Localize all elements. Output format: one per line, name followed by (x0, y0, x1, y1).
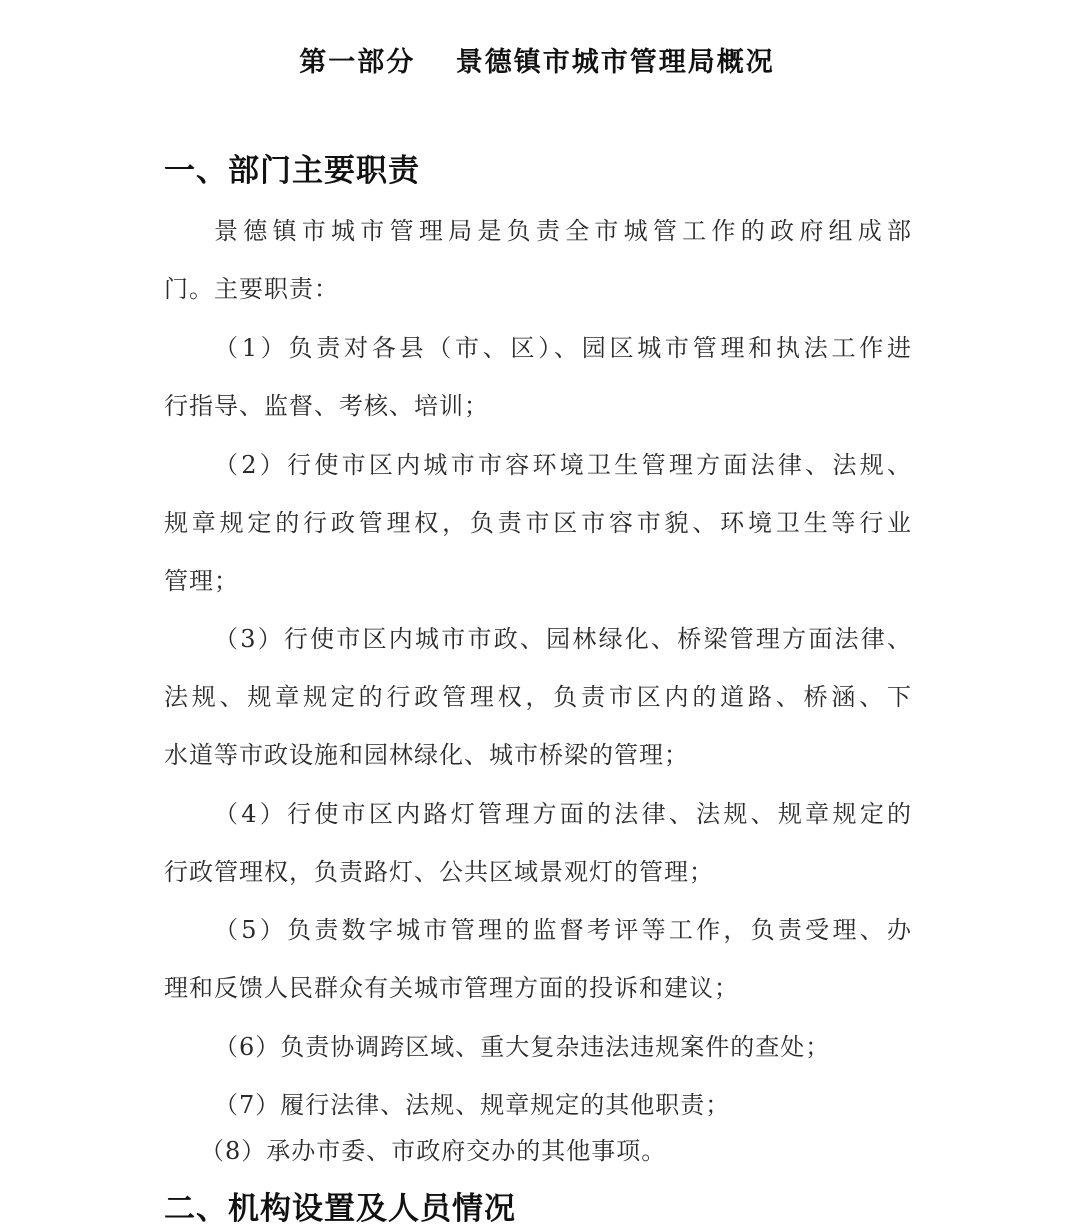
duty-item-2-line: 管理； (164, 561, 912, 596)
duty-item-7-line: （7）履行法律、法规、规章规定的其他职责； (214, 1085, 912, 1120)
duty-item-1-line: 行指导、监督、考核、培训； (164, 386, 912, 421)
section-heading-organization: 二、机构设置及人员情况 (164, 1183, 516, 1227)
duty-item-1-line: （1）负责对各县（市、区）、园区城市管理和执法工作进 (214, 328, 912, 363)
intro-paragraph-line: 景德镇市城市管理局是负责全市城管工作的政府组成部 (214, 211, 912, 246)
document-page: 第一部分 景德镇市城市管理局概况 一、部门主要职责 景德镇市城市管理局是负责全市… (0, 0, 1074, 1227)
duty-item-2-line: 规章规定的行政管理权，负责市区市容市貌、环境卫生等行业 (164, 503, 912, 538)
duty-item-5-line: （5）负责数字城市管理的监督考评等工作，负责受理、办 (214, 910, 912, 945)
section-heading-responsibilities: 一、部门主要职责 (164, 145, 420, 190)
duty-item-8-line: （8）承办市委、市政府交办的其他事项。 (200, 1131, 948, 1166)
duty-item-4-line: 行政管理权，负责路灯、公共区域景观灯的管理； (164, 852, 912, 887)
intro-paragraph-line: 门。主要职责： (164, 269, 912, 304)
duty-item-2-line: （2）行使市区内城市市容环境卫生管理方面法律、法规、 (214, 445, 912, 480)
duty-item-4-line: （4）行使市区内路灯管理方面的法律、法规、规章规定的 (214, 794, 912, 829)
duty-item-6-line: （6）负责协调跨区域、重大复杂违法违规案件的查处； (214, 1027, 912, 1062)
duty-item-3-line: 水道等市政设施和园林绿化、城市桥梁的管理； (164, 735, 912, 770)
page-title: 第一部分 景德镇市城市管理局概况 (0, 40, 1074, 79)
duty-item-3-line: （3）行使市区内城市市政、园林绿化、桥梁管理方面法律、 (214, 619, 912, 654)
duty-item-5-line: 理和反馈人民群众有关城市管理方面的投诉和建议； (164, 968, 912, 1003)
duty-item-3-line: 法规、规章规定的行政管理权，负责市区内的道路、桥涵、下 (164, 677, 912, 712)
